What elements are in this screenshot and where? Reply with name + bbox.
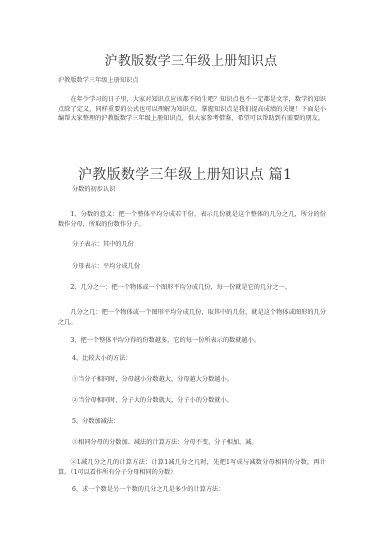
- paragraph-numerator: 分子表示：其中的几份: [72, 240, 326, 250]
- document-subtitle: 沪教版数学三年级上册知识点: [58, 75, 138, 84]
- document-title: 沪教版数学三年级上册知识点: [0, 50, 382, 69]
- paragraph-same-denominator: ②当分母相同时，分子大的分数就大，分子小的分数就小。: [72, 396, 326, 406]
- paragraph-fraction-parts: 几分之几：把一个物体或一个图形平均分成几份，取其中的几份，就是这个物体或图形的几…: [58, 308, 326, 327]
- paragraph-same-denominator-calc: ①相同分母的分数加、减法的计算方法：分母不变，分子相加、减。: [72, 438, 326, 448]
- paragraph-more-parts: 3、把一个整体平均分得的份数越多，它的每一份所表示的数就越小。: [58, 336, 326, 346]
- document-page: 沪教版数学三年级上册知识点 沪教版数学三年级上册知识点 在年少学习的日子里，大家…: [0, 0, 382, 540]
- paragraph-same-numerator: ①当分子相同时，分母越小分数越大，分母越大分数越小。: [72, 375, 326, 385]
- intro-paragraph: 在年少学习的日子里，大家对知识点应该都不陌生吧？知识点也不一定都是文字，数学的知…: [58, 95, 326, 124]
- paragraph-denominator: 分母表示：平均分成几份: [72, 262, 326, 272]
- topic-heading: 分数的初步认识: [72, 185, 326, 195]
- paragraph-compare-method: 4、比较大小的方法：: [72, 354, 326, 364]
- paragraph-add-subtract: 5、分数加减法：: [72, 417, 326, 427]
- paragraph-fraction-meaning: 1、分数的意义：把一个整体平均分成若干份，表示几份就是这个整体的几分之几，所分的…: [58, 210, 326, 229]
- paragraph-fraction-of-number: 6、求一个数是另一个数的几分之几是多少的计算方法：: [72, 485, 326, 495]
- section-title: 沪教版数学三年级上册知识点 篇1: [78, 164, 292, 184]
- paragraph-unit-fraction: 2、几分之一：把一个物体或一个图形平均分成几份，每一份就是它的几分之一。: [58, 283, 326, 293]
- paragraph-one-minus: ②1减几分之几的计算方法：计算1减几分之几时，先把1写成与减数分母相同的分数，再…: [58, 458, 326, 477]
